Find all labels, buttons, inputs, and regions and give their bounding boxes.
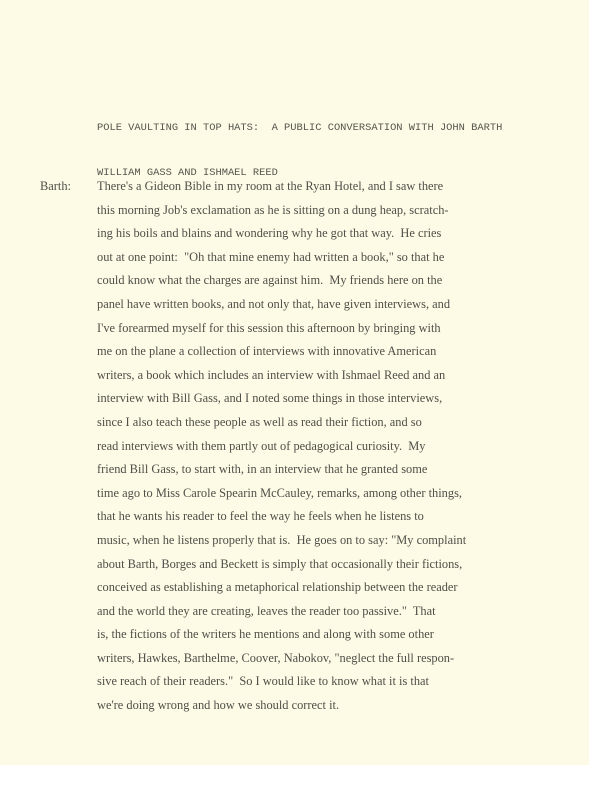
text-line: music, when he listens properly that is.… — [97, 533, 466, 557]
text-line: could know what the charges are against … — [97, 273, 466, 297]
text-line: interview with Bill Gass, and I noted so… — [97, 391, 466, 415]
text-line: writers, Hawkes, Barthelme, Coover, Nabo… — [97, 651, 466, 675]
speaker-label: Barth: — [40, 179, 71, 194]
text-line: and the world they are creating, leaves … — [97, 604, 466, 628]
document-page: POLE VAULTING IN TOP HATS: A PUBLIC CONV… — [0, 0, 589, 765]
text-line: is, the fictions of the writers he menti… — [97, 627, 466, 651]
text-line: that he wants his reader to feel the way… — [97, 509, 466, 533]
text-line: friend Bill Gass, to start with, in an i… — [97, 462, 466, 486]
title-line-1: POLE VAULTING IN TOP HATS: A PUBLIC CONV… — [97, 121, 502, 136]
text-line: panel have written books, and not only t… — [97, 297, 466, 321]
text-line: writers, a book which includes an interv… — [97, 368, 466, 392]
speech-paragraph: There's a Gideon Bible in my room at the… — [97, 179, 466, 722]
text-line: sive reach of their readers." So I would… — [97, 674, 466, 698]
text-line: this morning Job's exclamation as he is … — [97, 203, 466, 227]
text-line: we're doing wrong and how we should corr… — [97, 698, 466, 722]
text-line: about Barth, Borges and Beckett is simpl… — [97, 557, 466, 581]
text-line: conceived as establishing a metaphorical… — [97, 580, 466, 604]
text-line: out at one point: "Oh that mine enemy ha… — [97, 250, 466, 274]
text-line: since I also teach these people as well … — [97, 415, 466, 439]
text-line: ing his boils and blains and wondering w… — [97, 226, 466, 250]
text-line: I've forearmed myself for this session t… — [97, 321, 466, 345]
text-line: me on the plane a collection of intervie… — [97, 344, 466, 368]
text-line: read interviews with them partly out of … — [97, 439, 466, 463]
text-line: time ago to Miss Carole Spearin McCauley… — [97, 486, 466, 510]
text-line: There's a Gideon Bible in my room at the… — [97, 179, 466, 203]
